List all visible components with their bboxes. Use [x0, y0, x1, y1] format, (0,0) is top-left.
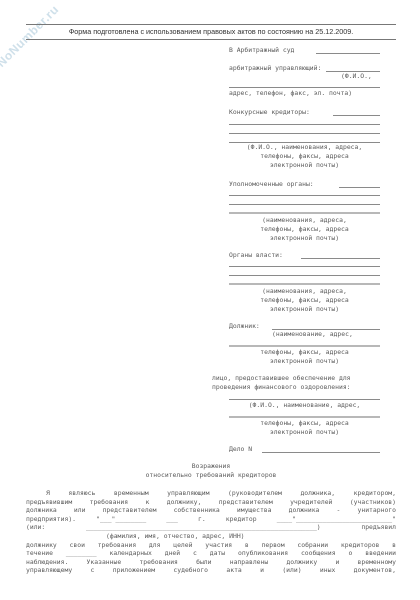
body-line: управляющему с приложением судебного акт…	[26, 566, 396, 575]
authorities-field-2[interactable]	[229, 266, 380, 267]
manager-field-2[interactable]	[229, 87, 380, 88]
authorized-field-3[interactable]	[229, 204, 380, 205]
authorities-hint-1: (наименования, адреса,	[229, 287, 380, 295]
authorities-hint-2: телефоны, факсы, адреса	[229, 296, 380, 304]
authorized-hint-2: телефоны, факсы, адреса	[229, 225, 380, 233]
body-line: предъявившим требования к должнику, пред…	[26, 498, 396, 507]
authorities-field-3[interactable]	[229, 275, 380, 276]
court-label: В Арбитражный суд	[229, 46, 294, 54]
manager-label: арбитражный управляющий:	[229, 64, 321, 72]
body-line: (или: __________________________________…	[26, 523, 396, 532]
authorized-label: Уполномоченные органы:	[229, 180, 314, 188]
debtor-hint-1: (наименование, адрес,	[272, 330, 353, 338]
guarantor-label-1: лицо, предоставившее обеспечение для	[212, 374, 351, 382]
authorities-hint-3: электронной почты)	[229, 305, 380, 313]
creditors-label: Конкурсные кредиторы:	[229, 108, 310, 116]
authorized-field-2[interactable]	[229, 195, 380, 196]
body-line: Я являюсь временным управляющим (руковод…	[26, 489, 396, 498]
debtor-label: Должник:	[229, 322, 260, 330]
authorized-field[interactable]	[339, 187, 380, 188]
body-hint: (фамилия, имя, отчество, адрес, ИНН)	[26, 532, 396, 541]
guarantor-hint-3: электронной почты)	[229, 428, 380, 436]
debtor-field-2[interactable]	[229, 345, 380, 347]
creditors-hint-3: электронной почты)	[229, 161, 380, 169]
guarantor-field[interactable]	[229, 399, 380, 400]
creditors-hint-2: телефоны, факсы, адреса	[229, 152, 380, 160]
case-number-label: Дело N	[229, 445, 252, 453]
body-line: течение ________ календарных дней с даты…	[26, 549, 396, 558]
debtor-hint-2: телефоны, факсы, адреса	[229, 348, 380, 356]
debtor-hint-3: электронной почты)	[229, 357, 380, 365]
authorized-field-4[interactable]	[229, 212, 380, 214]
authorities-label: Органы власти:	[229, 251, 283, 259]
form-notice-header: Форма подготовлена с использованием прав…	[26, 24, 396, 40]
authorized-hint-3: электронной почты)	[229, 234, 380, 242]
body-line: наблюдения. Указанные требования были на…	[26, 558, 396, 567]
manager-hint: (Ф.И.О.,	[341, 72, 372, 80]
creditors-field-3[interactable]	[229, 133, 380, 134]
document-title: Возражения	[26, 462, 396, 470]
authorities-field[interactable]	[301, 258, 380, 259]
body-line: предприятия). "___"________ ___ г. креди…	[26, 515, 396, 524]
document-body: Я являюсь временным управляющим (руковод…	[26, 489, 396, 575]
authorities-field-4[interactable]	[229, 283, 380, 285]
court-field[interactable]	[316, 53, 380, 54]
guarantor-hint-1: (Ф.И.О., наименование, адрес,	[229, 401, 380, 409]
guarantor-field-2[interactable]	[229, 416, 380, 418]
creditors-hint-1: (Ф.И.О., наименования, адреса,	[229, 143, 380, 151]
body-line: должнику свои требования для целей участ…	[26, 541, 396, 550]
guarantor-hint-2: телефоны, факсы, адреса	[229, 419, 380, 427]
creditors-field-2[interactable]	[229, 124, 380, 125]
case-number-field[interactable]	[262, 452, 380, 453]
body-line: должника или представителем собственника…	[26, 506, 396, 515]
manager-hint-2: адрес, телефон, факс, эл. почта)	[229, 89, 352, 97]
guarantor-label-2: проведения финансового оздоровления:	[212, 383, 351, 391]
document-subtitle: относительно требований кредиторов	[26, 471, 396, 479]
creditors-field[interactable]	[333, 115, 380, 116]
authorized-hint-1: (наименования, адреса,	[229, 216, 380, 224]
